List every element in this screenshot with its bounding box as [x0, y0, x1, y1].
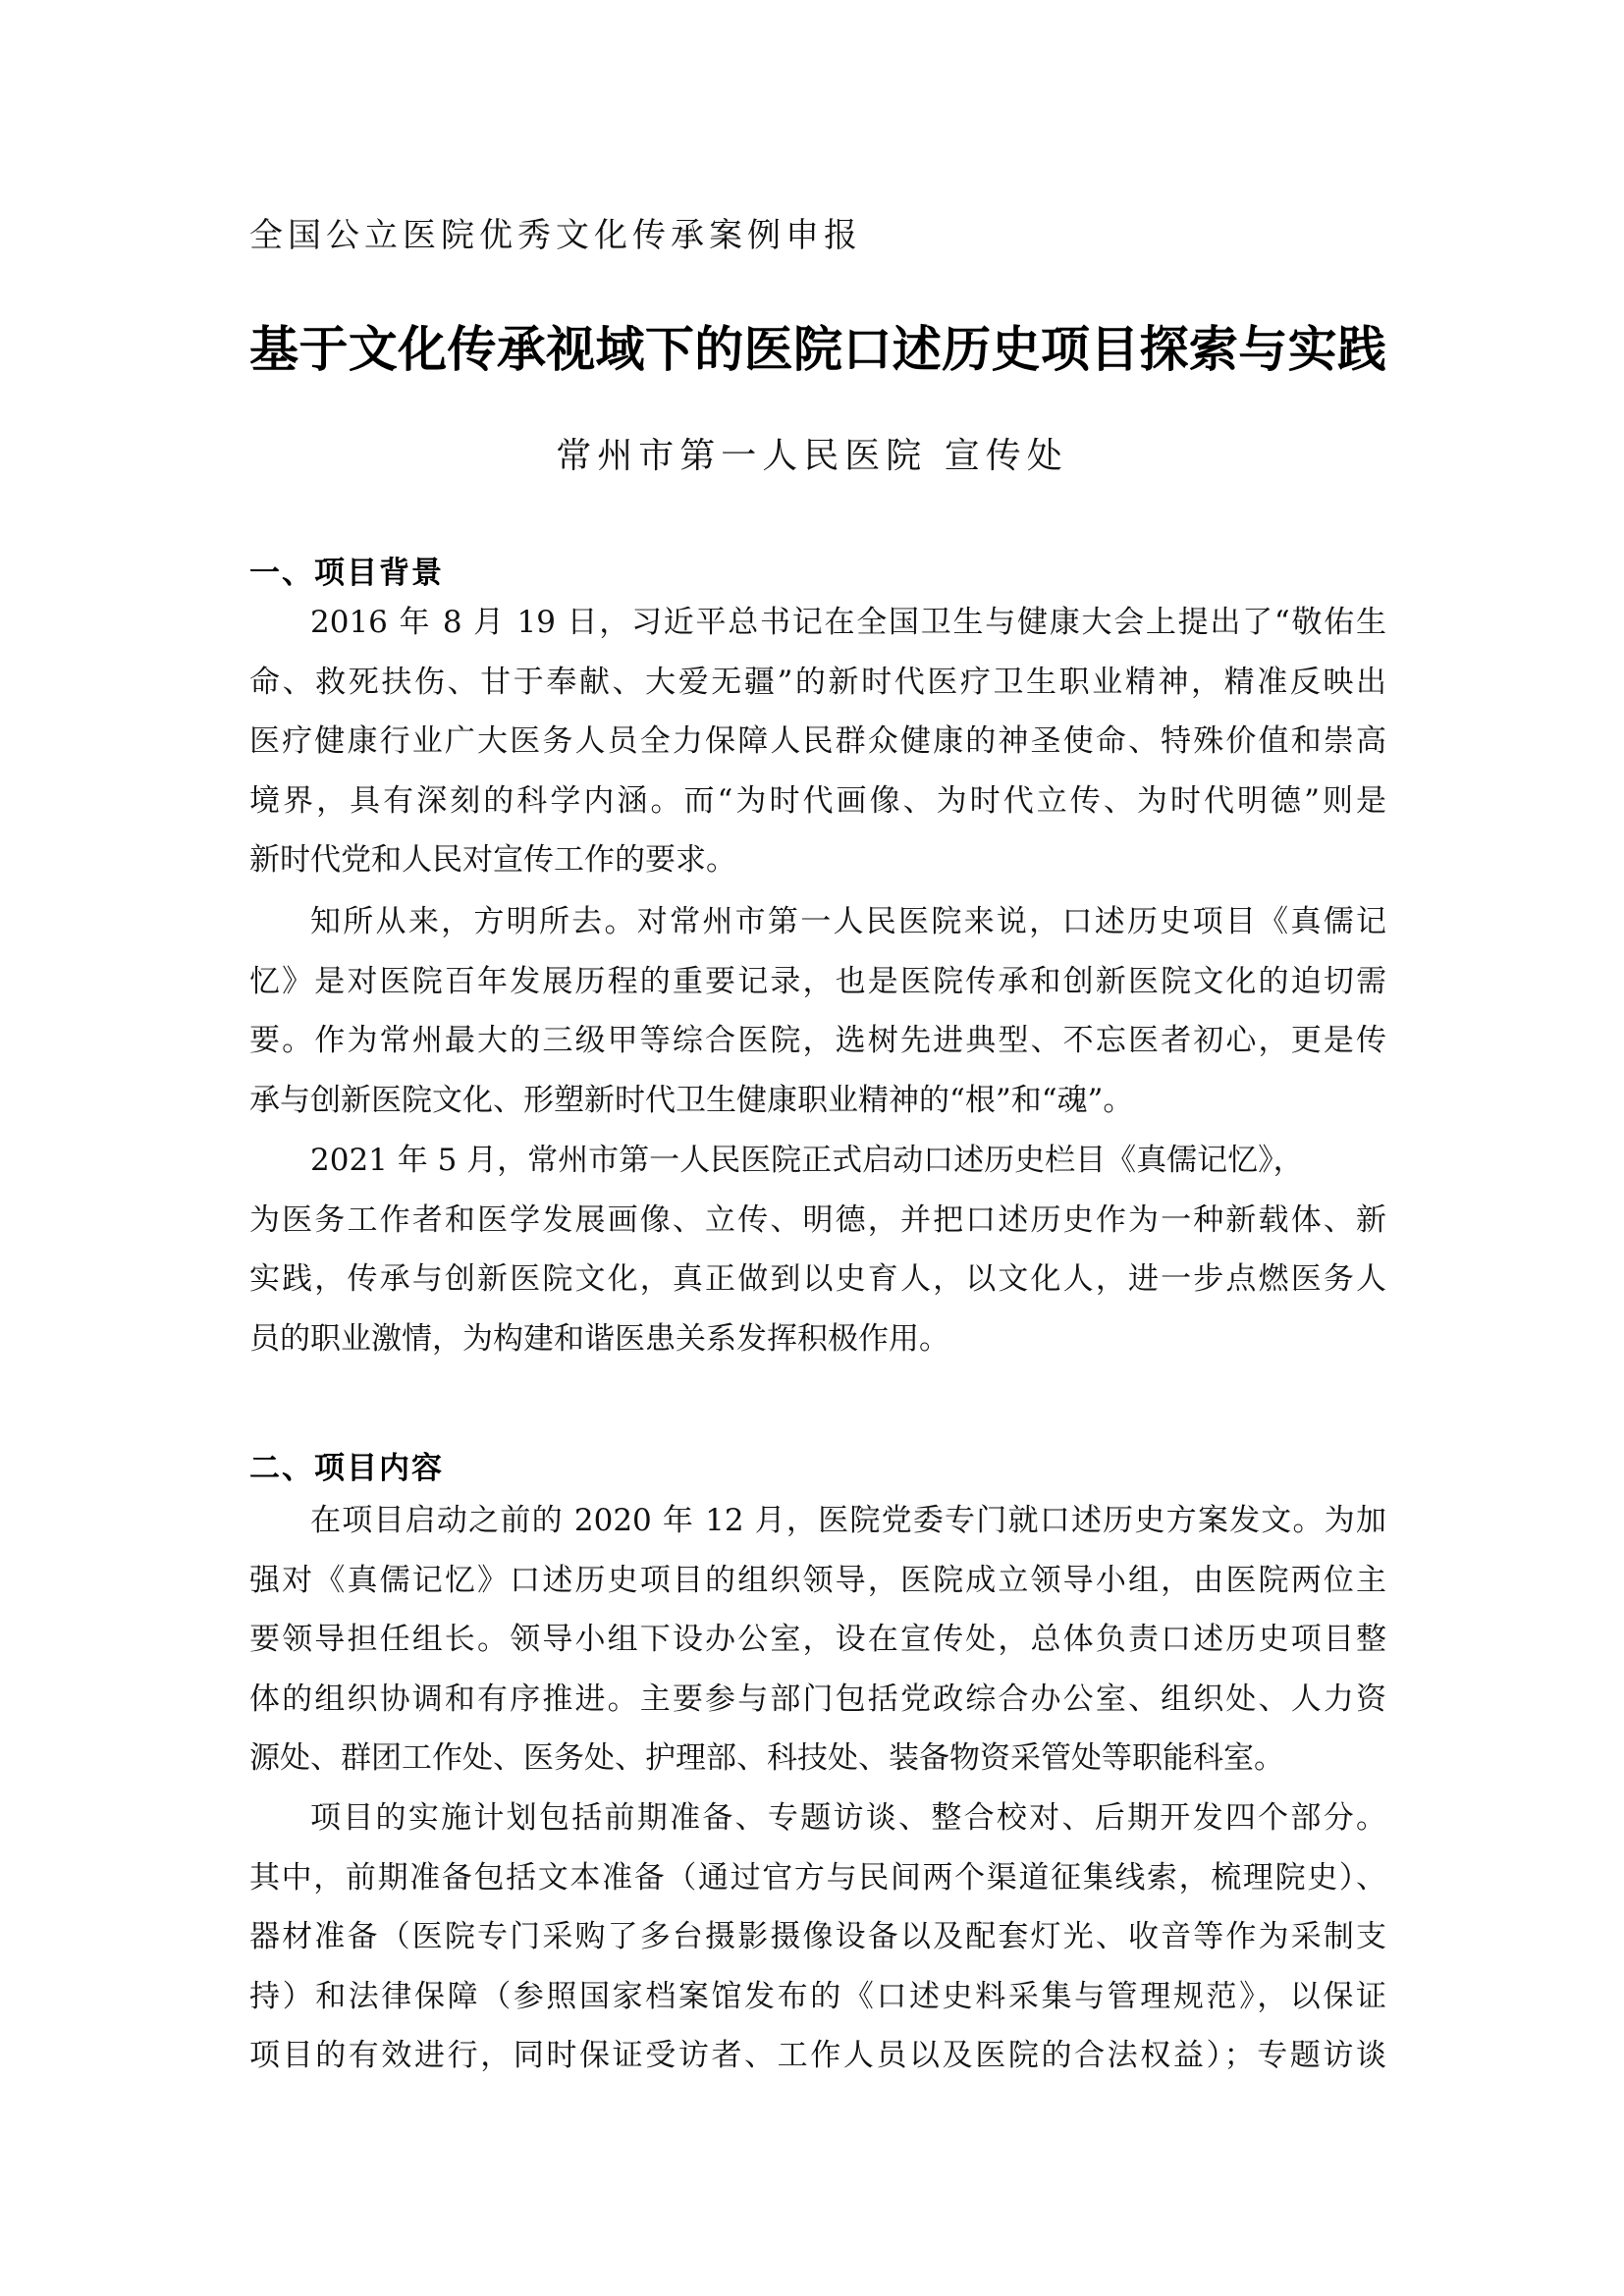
text-line: 项目的实施计划包括前期准备、专题访谈、整合校对、后期开发四个部分。	[249, 1789, 1386, 1848]
text-line: 知所从来，方明所去。对常州市第一人民医院来说，口述历史项目《真儒记	[249, 892, 1386, 952]
text-line: 其中，前期准备包括文本准备（通过官方与民间两个渠道征集线索，梳理院史）、	[249, 1848, 1386, 1908]
section-heading-content: 二、项目内容	[249, 1443, 444, 1487]
text-line: 忆》是对医院百年发展历程的重要记录，也是医院传承和创新医院文化的迫切需	[249, 952, 1386, 1012]
text-line: 强对《真儒记忆》口述历史项目的组织领导，医院成立领导小组，由医院两位主	[249, 1551, 1386, 1611]
text-line: 员的职业激情，为构建和谐医患关系发挥积极作用。	[249, 1309, 1386, 1369]
paragraph: 2021 年 5 月，常州市第一人民医院正式启动口述历史栏目《真儒记忆》， 为医…	[249, 1131, 1386, 1368]
text-line: 体的组织协调和有序推进。主要参与部门包括党政综合办公室、组织处、人力资	[249, 1670, 1386, 1730]
text-line: 实践，传承与创新医院文化，真正做到以史育人，以文化人，进一步点燃医务人	[249, 1250, 1386, 1309]
text-line: 源处、群团工作处、医务处、护理部、科技处、装备物资采管处等职能科室。	[249, 1729, 1386, 1789]
text-line: 要领导担任组长。领导小组下设办公室，设在宣传处，总体负责口述历史项目整	[249, 1610, 1386, 1670]
document-page: 全国公立医院优秀文化传承案例申报 基于文化传承视域下的医院口述历史项目探索与实践…	[0, 0, 1624, 2296]
text-line: 医疗健康行业广大医务人员全力保障人民群众健康的神圣使命、特殊价值和崇高	[249, 712, 1386, 772]
paragraph: 2016 年 8 月 19 日，习近平总书记在全国卫生与健康大会上提出了“敬佑生…	[249, 593, 1386, 890]
text-line: 要。作为常州最大的三级甲等综合医院，选树先进典型、不忘医者初心，更是传	[249, 1011, 1386, 1071]
text-line: 新时代党和人民对宣传工作的要求。	[249, 830, 1386, 890]
paragraph: 知所从来，方明所去。对常州市第一人民医院来说，口述历史项目《真儒记 忆》是对医院…	[249, 892, 1386, 1130]
text-line: 在项目启动之前的 2020 年 12 月，医院党委专门就口述历史方案发文。为加	[249, 1491, 1386, 1551]
document-department: 常州市第一人民医院 宣传处	[0, 428, 1624, 478]
paragraph: 在项目启动之前的 2020 年 12 月，医院党委专门就口述历史方案发文。为加 …	[249, 1491, 1386, 1789]
text-line: 承与创新医院文化、形塑新时代卫生健康职业精神的“根”和“魂”。	[249, 1071, 1386, 1131]
text-line: 为医务工作者和医学发展画像、立传、明德，并把口述历史作为一种新载体、新	[249, 1191, 1386, 1251]
text-line: 境界，具有深刻的科学内涵。而“为时代画像、为时代立传、为时代明德”则是	[249, 772, 1386, 831]
document-kicker: 全国公立医院优秀文化传承案例申报	[249, 208, 862, 256]
text-line: 2016 年 8 月 19 日，习近平总书记在全国卫生与健康大会上提出了“敬佑生	[249, 593, 1386, 653]
text-line: 持）和法律保障（参照国家档案馆发布的《口述史料采集与管理规范》，以保证	[249, 1967, 1386, 2027]
document-title: 基于文化传承视域下的医院口述历史项目探索与实践	[249, 310, 1386, 381]
text-line: 器材准备（医院专门采购了多台摄影摄像设备以及配套灯光、收音等作为采制支	[249, 1907, 1386, 1967]
text-line: 2021 年 5 月，常州市第一人民医院正式启动口述历史栏目《真儒记忆》，	[249, 1131, 1386, 1191]
section-heading-background: 一、项目背景	[249, 548, 444, 592]
paragraph: 项目的实施计划包括前期准备、专题访谈、整合校对、后期开发四个部分。 其中，前期准…	[249, 1789, 1386, 2086]
text-line: 命、救死扶伤、甘于奉献、大爱无疆”的新时代医疗卫生职业精神，精准反映出	[249, 653, 1386, 713]
text-line: 项目的有效进行，同时保证受访者、工作人员以及医院的合法权益）；专题访谈	[249, 2026, 1386, 2086]
